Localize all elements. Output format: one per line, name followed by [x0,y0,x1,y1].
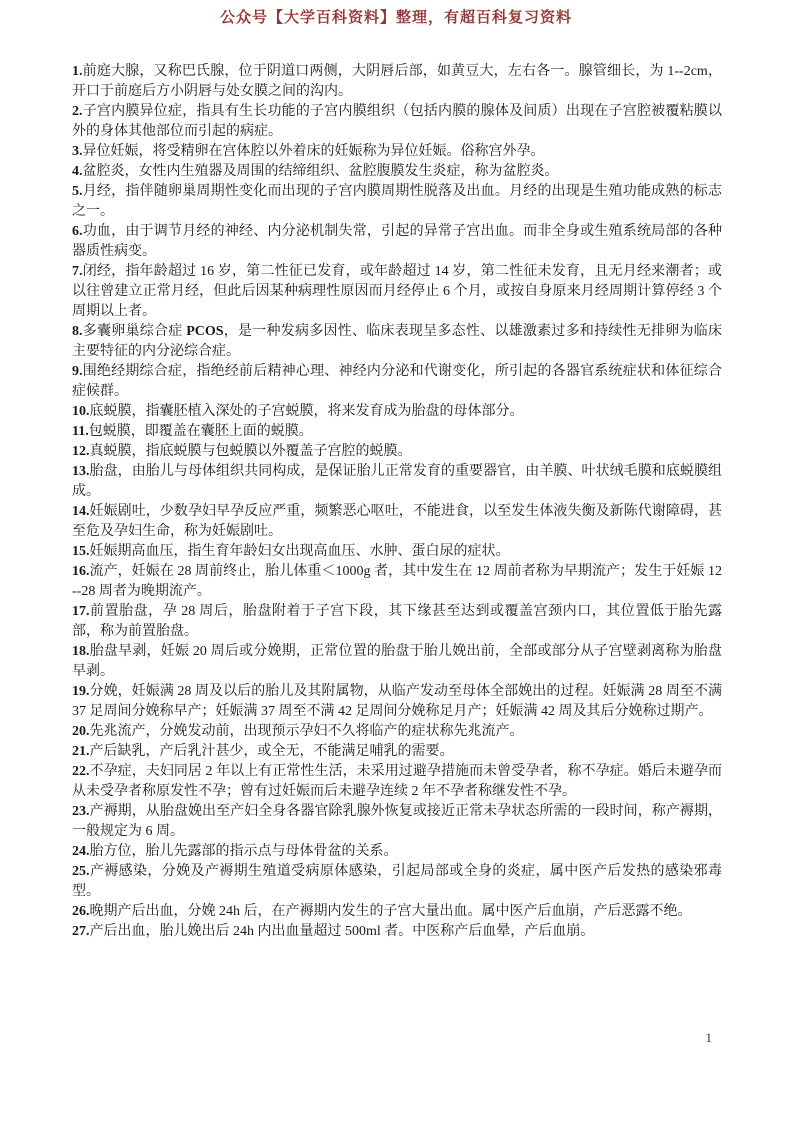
item-text: 前庭大腺，又称巴氏腺，位于阴道口两侧，大阴唇后部，如黄豆大，左右各一。腺管细长，… [72,64,722,99]
item-text: 胎盘早剥，妊娠 20 周后或分娩期，正常位置的胎盘于胎儿娩出前，全部或部分从子宫… [72,644,722,679]
definition-item: 1.前庭大腺，又称巴氏腺，位于阴道口两侧，大阴唇后部，如黄豆大，左右各一。腺管细… [72,62,722,102]
item-number: 22. [72,764,90,779]
definition-item: 12.真蜕膜，指底蜕膜与包蜕膜以外覆盖子宫腔的蜕膜。 [72,442,722,462]
definition-item: 4.盆腔炎，女性内生殖器及周围的结缔组织、盆腔腹膜发生炎症，称为盆腔炎。 [72,162,722,182]
definitions-list: 1.前庭大腺，又称巴氏腺，位于阴道口两侧，大阴唇后部，如黄豆大，左右各一。腺管细… [72,62,722,942]
item-text: 月经，指伴随卵巢周期性变化而出现的子宫内膜周期性脱落及出血。月经的出现是生殖功能… [72,184,722,219]
item-text: 包蜕膜，即覆盖在囊胚上面的蜕膜。 [89,424,313,439]
definition-item: 9.围绝经期综合症，指绝经前后精神心理、神经内分泌和代谢变化，所引起的各器官系统… [72,362,722,402]
item-text: 流产，妊娠在 28 周前终止，胎儿体重＜1000g 者，其中发生在 12 周前者… [72,564,722,599]
item-text: 产褥期，从胎盘娩出至产妇全身各器官除乳腺外恢复或接近正常未孕状态所需的一段时间，… [72,804,722,839]
definition-item: 15.妊娠期高血压，指生育年龄妇女出现高血压、水肿、蛋白尿的症状。 [72,542,722,562]
item-number: 23. [72,804,90,819]
item-number: 6. [72,224,83,239]
item-text: 分娩，妊娠满 28 周及以后的胎儿及其附属物，从临产发动至母体全部娩出的过程。妊… [72,684,722,719]
page-number: 1 [706,1030,713,1046]
item-number: 18. [72,644,90,659]
item-number: 4. [72,164,83,179]
definition-item: 19.分娩，妊娠满 28 周及以后的胎儿及其附属物，从临产发动至母体全部娩出的过… [72,682,722,722]
item-text: 妊娠剧吐，少数孕妇早孕反应严重，频繁恶心呕吐，不能进食，以至发生体液失衡及新陈代… [72,504,722,539]
item-text: 闭经，指年龄超过 16 岁，第二性征已发育，或年龄超过 14 岁，第二性征未发育… [72,264,722,319]
item-text: 妊娠期高血压，指生育年龄妇女出现高血压、水肿、蛋白尿的症状。 [90,544,510,559]
item-number: 12. [72,444,90,459]
definition-item: 10.底蜕膜，指囊胚植入深处的子宫蜕膜，将来发育成为胎盘的母体部分。 [72,402,722,422]
item-number: 15. [72,544,90,559]
item-text: 子宫内膜异位症，指具有生长功能的子宫内膜组织（包括内膜的腺体及间质）出现在子宫腔… [72,104,722,139]
definition-item: 26.晚期产后出血，分娩 24h 后，在产褥期内发生的子宫大量出血。属中医产后血… [72,902,722,922]
item-term-bold: PCOS [186,324,223,339]
definition-item: 17.前置胎盘，孕 28 周后，胎盘附着于子宫下段，其下缘甚至达到或覆盖宫颈内口… [72,602,722,642]
item-number: 7. [72,264,83,279]
item-text: 产后出血，胎儿娩出后 24h 内出血量超过 500ml 者。中医称产后血晕，产后… [90,924,595,939]
item-text: 功血，由于调节月经的神经、内分泌机制失常，引起的异常子宫出血。而非全身或生殖系统… [72,224,722,259]
definition-item: 2.子宫内膜异位症，指具有生长功能的子宫内膜组织（包括内膜的腺体及间质）出现在子… [72,102,722,142]
item-number: 10. [72,404,90,419]
item-number: 26. [72,904,90,919]
definition-item: 21.产后缺乳，产后乳汁甚少，或全无，不能满足哺乳的需要。 [72,742,722,762]
item-text: 先兆流产，分娩发动前，出现预示孕妇不久将临产的症状称先兆流产。 [90,724,524,739]
item-number: 9. [72,364,83,379]
item-text: 胎盘，由胎儿与母体组织共同构成，是保证胎儿正常发育的重要器官，由羊膜、叶状绒毛膜… [72,464,722,499]
definition-item: 27.产后出血，胎儿娩出后 24h 内出血量超过 500ml 者。中医称产后血晕… [72,922,722,942]
item-number: 16. [72,564,90,579]
page-header: 公众号【大学百科资料】整理，有超百科复习资料 [0,6,792,27]
item-text: 晚期产后出血，分娩 24h 后，在产褥期内发生的子宫大量出血。属中医产后血崩，产… [90,904,692,919]
item-number: 2. [72,104,83,119]
item-number: 27. [72,924,90,939]
item-number: 14. [72,504,90,519]
definition-item: 25.产褥感染，分娩及产褥期生殖道受病原体感染，引起局部或全身的炎症，属中医产后… [72,862,722,902]
item-text: 产后缺乳，产后乳汁甚少，或全无，不能满足哺乳的需要。 [90,744,454,759]
item-number: 5. [72,184,83,199]
item-text: 围绝经期综合症，指绝经前后精神心理、神经内分泌和代谢变化，所引起的各器官系统症状… [72,364,722,399]
definition-item: 24.胎方位，胎儿先露部的指示点与母体骨盆的关系。 [72,842,722,862]
item-text: 产褥感染，分娩及产褥期生殖道受病原体感染，引起局部或全身的炎症，属中医产后发热的… [72,864,722,899]
item-number: 19. [72,684,90,699]
item-number: 8. [72,324,83,339]
definition-item: 8.多囊卵巢综合症 PCOS，是一种发病多因性、临床表现呈多态性、以雄激素过多和… [72,322,722,362]
definition-item: 5.月经，指伴随卵巢周期性变化而出现的子宫内膜周期性脱落及出血。月经的出现是生殖… [72,182,722,222]
item-number: 25. [72,864,90,879]
item-number: 13. [72,464,90,479]
item-text: 前置胎盘，孕 28 周后，胎盘附着于子宫下段，其下缘甚至达到或覆盖宫颈内口，其位… [72,604,722,639]
item-number: 11. [72,424,89,439]
definition-item: 6.功血，由于调节月经的神经、内分泌机制失常，引起的异常子宫出血。而非全身或生殖… [72,222,722,262]
definition-item: 23.产褥期，从胎盘娩出至产妇全身各器官除乳腺外恢复或接近正常未孕状态所需的一段… [72,802,722,842]
item-number: 24. [72,844,90,859]
definition-item: 18.胎盘早剥，妊娠 20 周后或分娩期，正常位置的胎盘于胎儿娩出前，全部或部分… [72,642,722,682]
item-text: 不孕症，夫妇同居 2 年以上有正常性生活，未采用过避孕措施而未曾受孕者，称不孕症… [72,764,722,799]
definition-item: 14.妊娠剧吐，少数孕妇早孕反应严重，频繁恶心呕吐，不能进食，以至发生体液失衡及… [72,502,722,542]
item-text: 真蜕膜，指底蜕膜与包蜕膜以外覆盖子宫腔的蜕膜。 [90,444,412,459]
definition-item: 22.不孕症，夫妇同居 2 年以上有正常性生活，未采用过避孕措施而未曾受孕者，称… [72,762,722,802]
item-text: 底蜕膜，指囊胚植入深处的子宫蜕膜，将来发育成为胎盘的母体部分。 [90,404,524,419]
item-text: 胎方位，胎儿先露部的指示点与母体骨盆的关系。 [90,844,398,859]
item-text: 盆腔炎，女性内生殖器及周围的结缔组织、盆腔腹膜发生炎症，称为盆腔炎。 [83,164,559,179]
definition-item: 16.流产，妊娠在 28 周前终止，胎儿体重＜1000g 者，其中发生在 12 … [72,562,722,602]
document-page: 公众号【大学百科资料】整理，有超百科复习资料 1.前庭大腺，又称巴氏腺，位于阴道… [0,0,792,1122]
item-number: 21. [72,744,90,759]
item-number: 1. [72,64,83,79]
item-number: 17. [72,604,90,619]
item-number: 3. [72,144,83,159]
definition-item: 20.先兆流产，分娩发动前，出现预示孕妇不久将临产的症状称先兆流产。 [72,722,722,742]
definition-item: 7.闭经，指年龄超过 16 岁，第二性征已发育，或年龄超过 14 岁，第二性征未… [72,262,722,322]
definition-item: 3.异位妊娠，将受精卵在宫体腔以外着床的妊娠称为异位妊娠。俗称宫外孕。 [72,142,722,162]
item-text: 异位妊娠，将受精卵在宫体腔以外着床的妊娠称为异位妊娠。俗称宫外孕。 [83,144,545,159]
definition-item: 13.胎盘，由胎儿与母体组织共同构成，是保证胎儿正常发育的重要器官，由羊膜、叶状… [72,462,722,502]
item-text: 多囊卵巢综合症 [83,324,187,339]
item-number: 20. [72,724,90,739]
definition-item: 11.包蜕膜，即覆盖在囊胚上面的蜕膜。 [72,422,722,442]
